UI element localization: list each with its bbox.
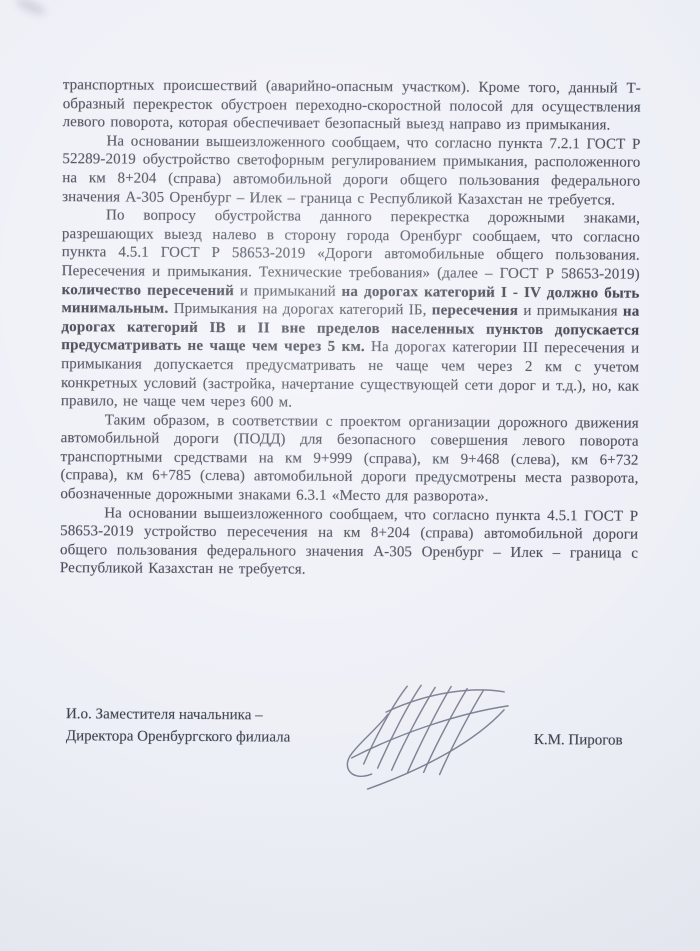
text-run: По вопросу обустройства данного перекрес… bbox=[62, 208, 640, 283]
handwritten-signature-icon bbox=[333, 662, 516, 799]
bold-text-run: количество пересечений bbox=[62, 282, 235, 299]
text-run: и примыканий bbox=[234, 283, 342, 300]
paragraph: Таким образом, в соответствии с проектом… bbox=[60, 411, 639, 507]
letter-page: транспортных происшествий (аварийно-опас… bbox=[0, 0, 700, 951]
text-run: На основании вышеизложенного сообщаем, ч… bbox=[60, 505, 638, 578]
paragraph: На основании вышеизложенного сообщаем, ч… bbox=[62, 132, 640, 210]
signoff-titles: И.о. Заместителя начальника – Директора … bbox=[66, 703, 291, 748]
signoff-position-line1: И.о. Заместителя начальника – bbox=[66, 703, 291, 726]
signoff-position-line2: Директора Оренбургского филиала bbox=[66, 725, 291, 748]
text-run: Таким образом, в соответствии с проектом… bbox=[60, 412, 639, 505]
letter-body: транспортных происшествий (аварийно-опас… bbox=[60, 76, 641, 582]
signer-name: К.М. Пирогов bbox=[534, 730, 623, 751]
document-photo: транспортных происшествий (аварийно-опас… bbox=[0, 0, 700, 951]
bold-text-run: пересечения bbox=[432, 303, 518, 320]
text-run: На основании вышеизложенного сообщаем, ч… bbox=[62, 133, 640, 208]
paragraph: На основании вышеизложенного сообщаем, ч… bbox=[60, 504, 638, 582]
paragraph: По вопросу обустройства данного перекрес… bbox=[61, 206, 640, 414]
text-run: Примыкания на дорогах категорий IБ, bbox=[168, 301, 431, 319]
text-run: и примыкания bbox=[518, 303, 623, 320]
paragraph: транспортных происшествий (аварийно-опас… bbox=[63, 76, 641, 135]
text-run: транспортных происшествий (аварийно-опас… bbox=[63, 77, 641, 134]
